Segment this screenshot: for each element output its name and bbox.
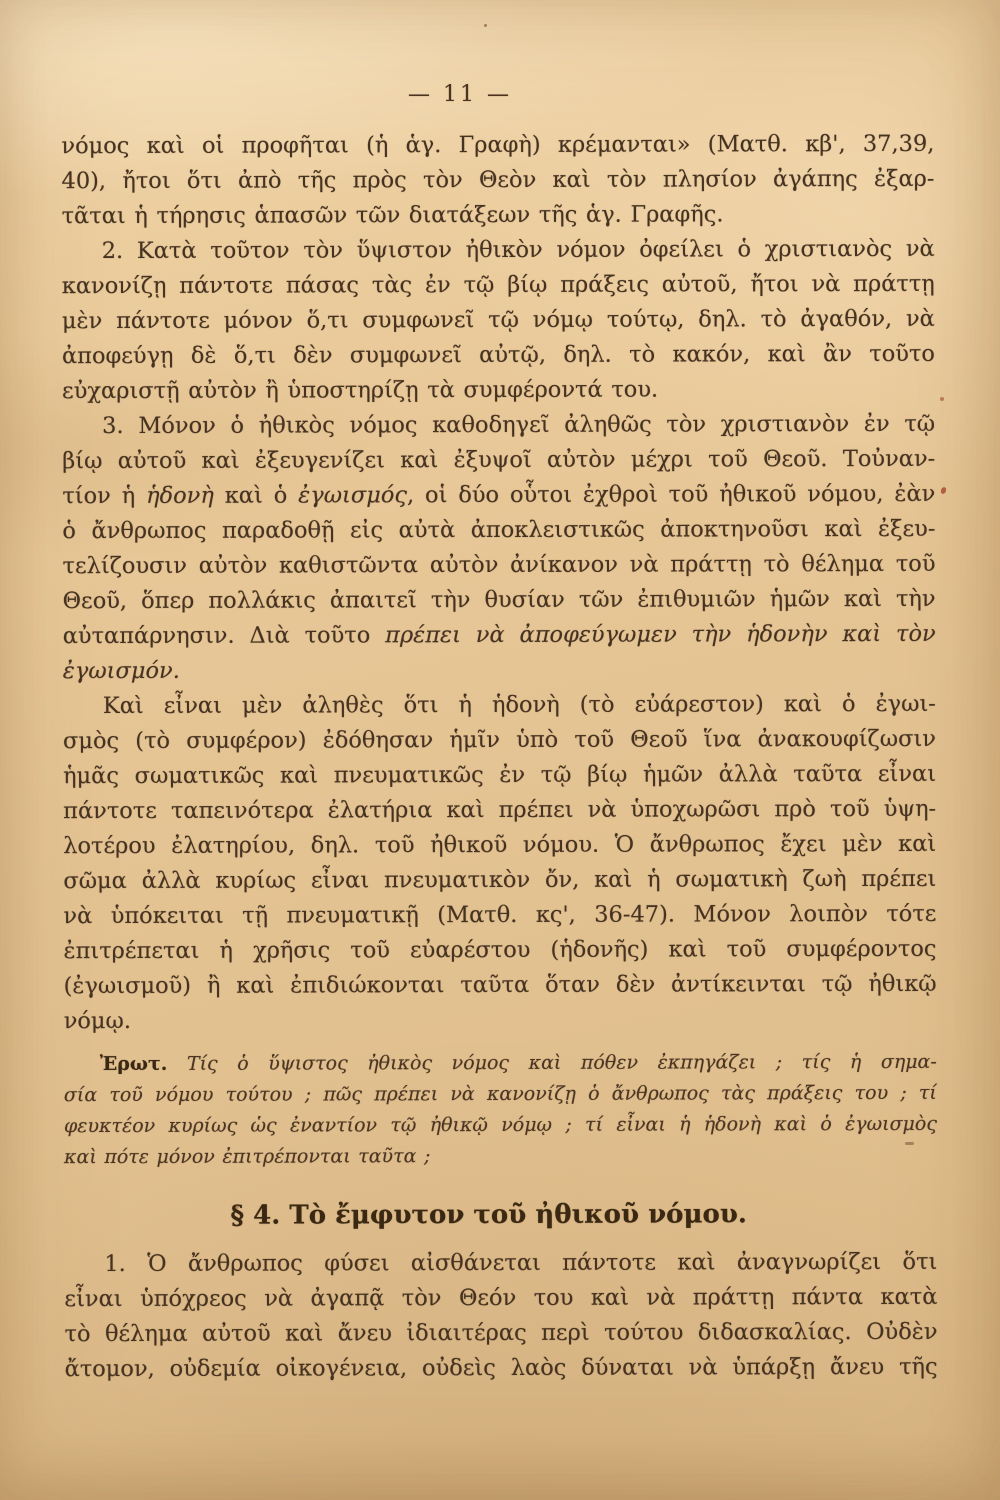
body-text: νὰ ὑπόκειται τῇ πνευματικῇ (Ματθ. κς', 3… (63, 901, 936, 929)
text-line: τίον ἡ ἡδονὴ καὶ ὁ ἐγωισμός, οἱ δύο οὗτο… (62, 477, 935, 514)
body-text: τελίζουσιν αὐτὸν καθιστῶντα αὐτὸν ἀνίκαν… (62, 551, 935, 579)
text-line: Θεοῦ, ὅπερ πολλάκις ἀπαιτεῖ τὴν θυσίαν τ… (63, 582, 936, 619)
text-line: φευκτέον κυρίως ὡς ἐναντίον τῷ ἠθικῷ νόμ… (64, 1109, 937, 1142)
scanned-book-page: — 11 — νόμος καὶ οἱ προφῆται (ἡ ἁγ. Γραφ… (0, 0, 1000, 1500)
text-line: 40), ἤτοι ὅτι ἀπὸ τῆς πρὸς τὸν Θεὸν καὶ … (61, 162, 934, 199)
text-line: μὲν πάντοτε μόνον ὅ,τι συμφωνεῖ τῷ νόμῳ … (62, 302, 935, 339)
scan-speck (940, 397, 944, 401)
body-text: τίον ἡ (62, 483, 146, 509)
text-line: λοτέρου ἐλατηρίου, δηλ. τοῦ ἠθικοῦ νόμου… (63, 827, 936, 864)
text-line: ἄτομον, οὐδεμία οἰκογένεια, οὐδεὶς λαὸς … (65, 1350, 938, 1387)
page-number: — 11 — (0, 82, 920, 107)
text-line: νόμῳ. (64, 1002, 937, 1039)
body-text: Καὶ εἶναι μὲν ἀληθὲς ὅτι ἡ ἡδονὴ (τὸ εὐά… (103, 691, 936, 719)
text-line: 3. Μόνον ὁ ἠθικὸς νόμος καθοδηγεῖ ἀληθῶς… (62, 407, 935, 444)
body-text: λοτέρου ἐλατηρίου, δηλ. τοῦ ἠθικοῦ νόμου… (63, 831, 936, 859)
text-line: 1. Ὁ ἄνθρωπος φύσει αἰσθάνεται πάντοτε κ… (64, 1245, 937, 1282)
body-text: ἡμᾶς σωματικῶς καὶ πνευματικῶς ἐν τῷ βίῳ… (63, 761, 936, 789)
section-heading: § 4. Τὸ ἔμφυτον τοῦ ἠθικοῦ νόμου. (52, 1197, 925, 1233)
text-line: σία τοῦ νόμου τούτου ; πῶς πρέπει νὰ καν… (64, 1078, 937, 1111)
text-line: καὶ πότε μόνον ἐπιτρέπονται ταῦτα ; (64, 1140, 937, 1173)
text-line: εὐχαριστῇ αὐτὸν ἢ ὑποστηρίζῃ τὰ συμφέρον… (62, 372, 935, 409)
body-text: πάντοτε ταπεινότερα ἐλατήρια καὶ πρέπει … (63, 796, 936, 824)
text-line: (ἐγωισμοῦ) ἢ καὶ ἐπιδιώκονται ταῦτα ὅταν… (64, 967, 937, 1004)
paragraph: 2. Κατὰ τοῦτον τὸν ὕψιστον ἠθικὸν νόμον … (62, 232, 935, 409)
page-body: νόμος καὶ οἱ προφῆται (ἡ ἁγ. Γραφὴ) κρέμ… (61, 127, 937, 1387)
paragraph: Ἐρωτ. Τίς ὁ ὕψιστος ἠθικὸς νόμος καὶ πόθ… (64, 1047, 937, 1173)
body-text: 1. Ὁ ἄνθρωπος φύσει αἰσθάνεται πάντοτε κ… (104, 1249, 937, 1277)
text-line: ἀποφεύγῃ δὲ ὅ,τι δὲν συμφωνεῖ αὐτῷ, δηλ.… (62, 337, 935, 374)
scan-speck (905, 1142, 914, 1145)
body-text: νόμος καὶ οἱ προφῆται (ἡ ἁγ. Γραφὴ) κρέμ… (61, 131, 934, 159)
italic-text: καὶ πότε μόνον ἐπιτρέπονται ταῦτα ; (64, 1145, 430, 1168)
body-text: 2. Κατὰ τοῦτον τὸν ὕψιστον ἠθικὸν νόμον … (102, 236, 935, 264)
paragraph: 1. Ὁ ἄνθρωπος φύσει αἰσθάνεται πάντοτε κ… (64, 1245, 937, 1387)
italic-text: φευκτέον κυρίως ὡς ἐναντίον τῷ ἠθικῷ νόμ… (64, 1113, 937, 1137)
text-line: Καὶ εἶναι μὲν ἀληθὲς ὅτι ἡ ἡδονὴ (τὸ εὐά… (63, 687, 936, 724)
body-text: (ἐγωισμοῦ) ἢ καὶ ἐπιδιώκονται ταῦτα ὅταν… (64, 971, 937, 999)
body-text: βίῳ αὐτοῦ καὶ ἐξευγενίζει καὶ ἐξυψοῖ αὐτ… (62, 446, 935, 474)
text-line: νόμος καὶ οἱ προφῆται (ἡ ἁγ. Γραφὴ) κρέμ… (61, 127, 934, 164)
body-text: σῶμα ἀλλὰ κυρίως εἶναι πνευματικὸν ὄν, κ… (63, 866, 936, 894)
body-text: νόμῳ. (64, 1008, 131, 1034)
italic-text: πρέπει νὰ ἀποφεύγωμεν τὴν ἡδονὴν καὶ τὸν (385, 621, 936, 648)
text-line: τὸ θέλημα αὐτοῦ καὶ ἄνευ ἰδιαιτέρας περὶ… (64, 1315, 937, 1352)
body-text: αὐταπάρνησιν. Διὰ τοῦτο (63, 622, 386, 649)
text-line: ὁ ἄνθρωπος παραδοθῇ εἰς αὐτὰ ἀποκλειστικ… (62, 512, 935, 549)
text-line: Ἐρωτ. Τίς ὁ ὕψιστος ἠθικὸς νόμος καὶ πόθ… (64, 1047, 937, 1080)
paragraph: 3. Μόνον ὁ ἠθικὸς νόμος καθοδηγεῖ ἀληθῶς… (62, 407, 936, 689)
italic-text: ἐγωισμός (298, 482, 407, 508)
body-text: Θεοῦ, ὅπερ πολλάκις ἀπαιτεῖ τὴν θυσίαν τ… (63, 586, 936, 614)
body-text: ἄτομον, οὐδεμία οἰκογένεια, οὐδεὶς λαὸς … (65, 1354, 938, 1382)
scan-speck (940, 486, 947, 494)
body-text: , οἱ δύο οὗτοι ἐχθροὶ τοῦ ἠθικοῦ νόμου, … (407, 481, 935, 508)
italic-text: ἡδονὴ (146, 483, 214, 509)
body-text: σμὸς (τὸ συμφέρον) ἐδόθησαν ἡμῖν ὑπὸ τοῦ… (63, 726, 936, 754)
body-text: 3. Μόνον ὁ ἠθικὸς νόμος καθοδηγεῖ ἀληθῶς… (102, 411, 935, 439)
paragraph: νόμος καὶ οἱ προφῆται (ἡ ἁγ. Γραφὴ) κρέμ… (61, 127, 934, 234)
text-line: βίῳ αὐτοῦ καὶ ἐξευγενίζει καὶ ἐξυψοῖ αὐτ… (62, 442, 935, 479)
bold-text: Ἐρωτ. (100, 1053, 168, 1075)
body-text: κανονίζῃ πάντοτε πάσας τὰς ἐν τῷ βίῳ πρά… (62, 271, 935, 299)
text-line: ἡμᾶς σωματικῶς καὶ πνευματικῶς ἐν τῷ βίῳ… (63, 757, 936, 794)
text-line: πάντοτε ταπεινότερα ἐλατήρια καὶ πρέπει … (63, 792, 936, 829)
body-text: ὁ ἄνθρωπος παραδοθῇ εἰς αὐτὰ ἀποκλειστικ… (62, 516, 935, 544)
body-text: εἶναι ὑπόχρεος νὰ ἀγαπᾷ τὸν Θεόν του καὶ… (64, 1284, 937, 1312)
scan-speck (235, 1205, 239, 1209)
text-line: νὰ ὑπόκειται τῇ πνευματικῇ (Ματθ. κς', 3… (63, 897, 936, 934)
body-text: ἐπιτρέπεται ἡ χρῆσις τοῦ εὐαρέστου (ἡδον… (63, 936, 936, 964)
italic-text: Τίς ὁ ὕψιστος ἠθικὸς νόμος καὶ πόθεν ἐκπ… (167, 1051, 936, 1075)
body-text: εὐχαριστῇ αὐτὸν ἢ ὑποστηρίζῃ τὰ συμφέρον… (62, 377, 658, 405)
body-text: τὸ θέλημα αὐτοῦ καὶ ἄνευ ἰδιαιτέρας περὶ… (64, 1319, 937, 1347)
text-line: σῶμα ἀλλὰ κυρίως εἶναι πνευματικὸν ὄν, κ… (63, 862, 936, 899)
text-line: κανονίζῃ πάντοτε πάσας τὰς ἐν τῷ βίῳ πρά… (62, 267, 935, 304)
text-line: εἶναι ὑπόχρεος νὰ ἀγαπᾷ τὸν Θεόν του καὶ… (64, 1280, 937, 1317)
text-line: ἐπιτρέπεται ἡ χρῆσις τοῦ εὐαρέστου (ἡδον… (63, 932, 936, 969)
body-text: ἀποφεύγῃ δὲ ὅ,τι δὲν συμφωνεῖ αὐτῷ, δηλ.… (62, 341, 935, 369)
italic-text: σία τοῦ νόμου τούτου ; πῶς πρέπει νὰ καν… (64, 1082, 937, 1106)
body-text: 40), ἤτοι ὅτι ἀπὸ τῆς πρὸς τὸν Θεὸν καὶ … (61, 166, 934, 194)
text-line: ἐγωισμόν. (63, 652, 936, 689)
paragraph: Καὶ εἶναι μὲν ἀληθὲς ὅτι ἡ ἡδονὴ (τὸ εὐά… (63, 687, 937, 1039)
scan-speck (484, 24, 487, 27)
text-line: τᾶται ἡ τήρησις ἁπασῶν τῶν διατάξεων τῆς… (62, 197, 935, 234)
text-line: σμὸς (τὸ συμφέρον) ἐδόθησαν ἡμῖν ὑπὸ τοῦ… (63, 722, 936, 759)
italic-text: ἐγωισμόν. (63, 658, 180, 684)
text-line: τελίζουσιν αὐτὸν καθιστῶντα αὐτὸν ἀνίκαν… (62, 547, 935, 584)
text-line: 2. Κατὰ τοῦτον τὸν ὕψιστον ἠθικὸν νόμον … (62, 232, 935, 269)
body-text: καὶ ὁ (214, 483, 298, 509)
body-text: τᾶται ἡ τήρησις ἁπασῶν τῶν διατάξεων τῆς… (62, 201, 724, 229)
text-line: αὐταπάρνησιν. Διὰ τοῦτο πρέπει νὰ ἀποφεύ… (63, 617, 936, 654)
body-text: μὲν πάντοτε μόνον ὅ,τι συμφωνεῖ τῷ νόμῳ … (62, 306, 935, 334)
